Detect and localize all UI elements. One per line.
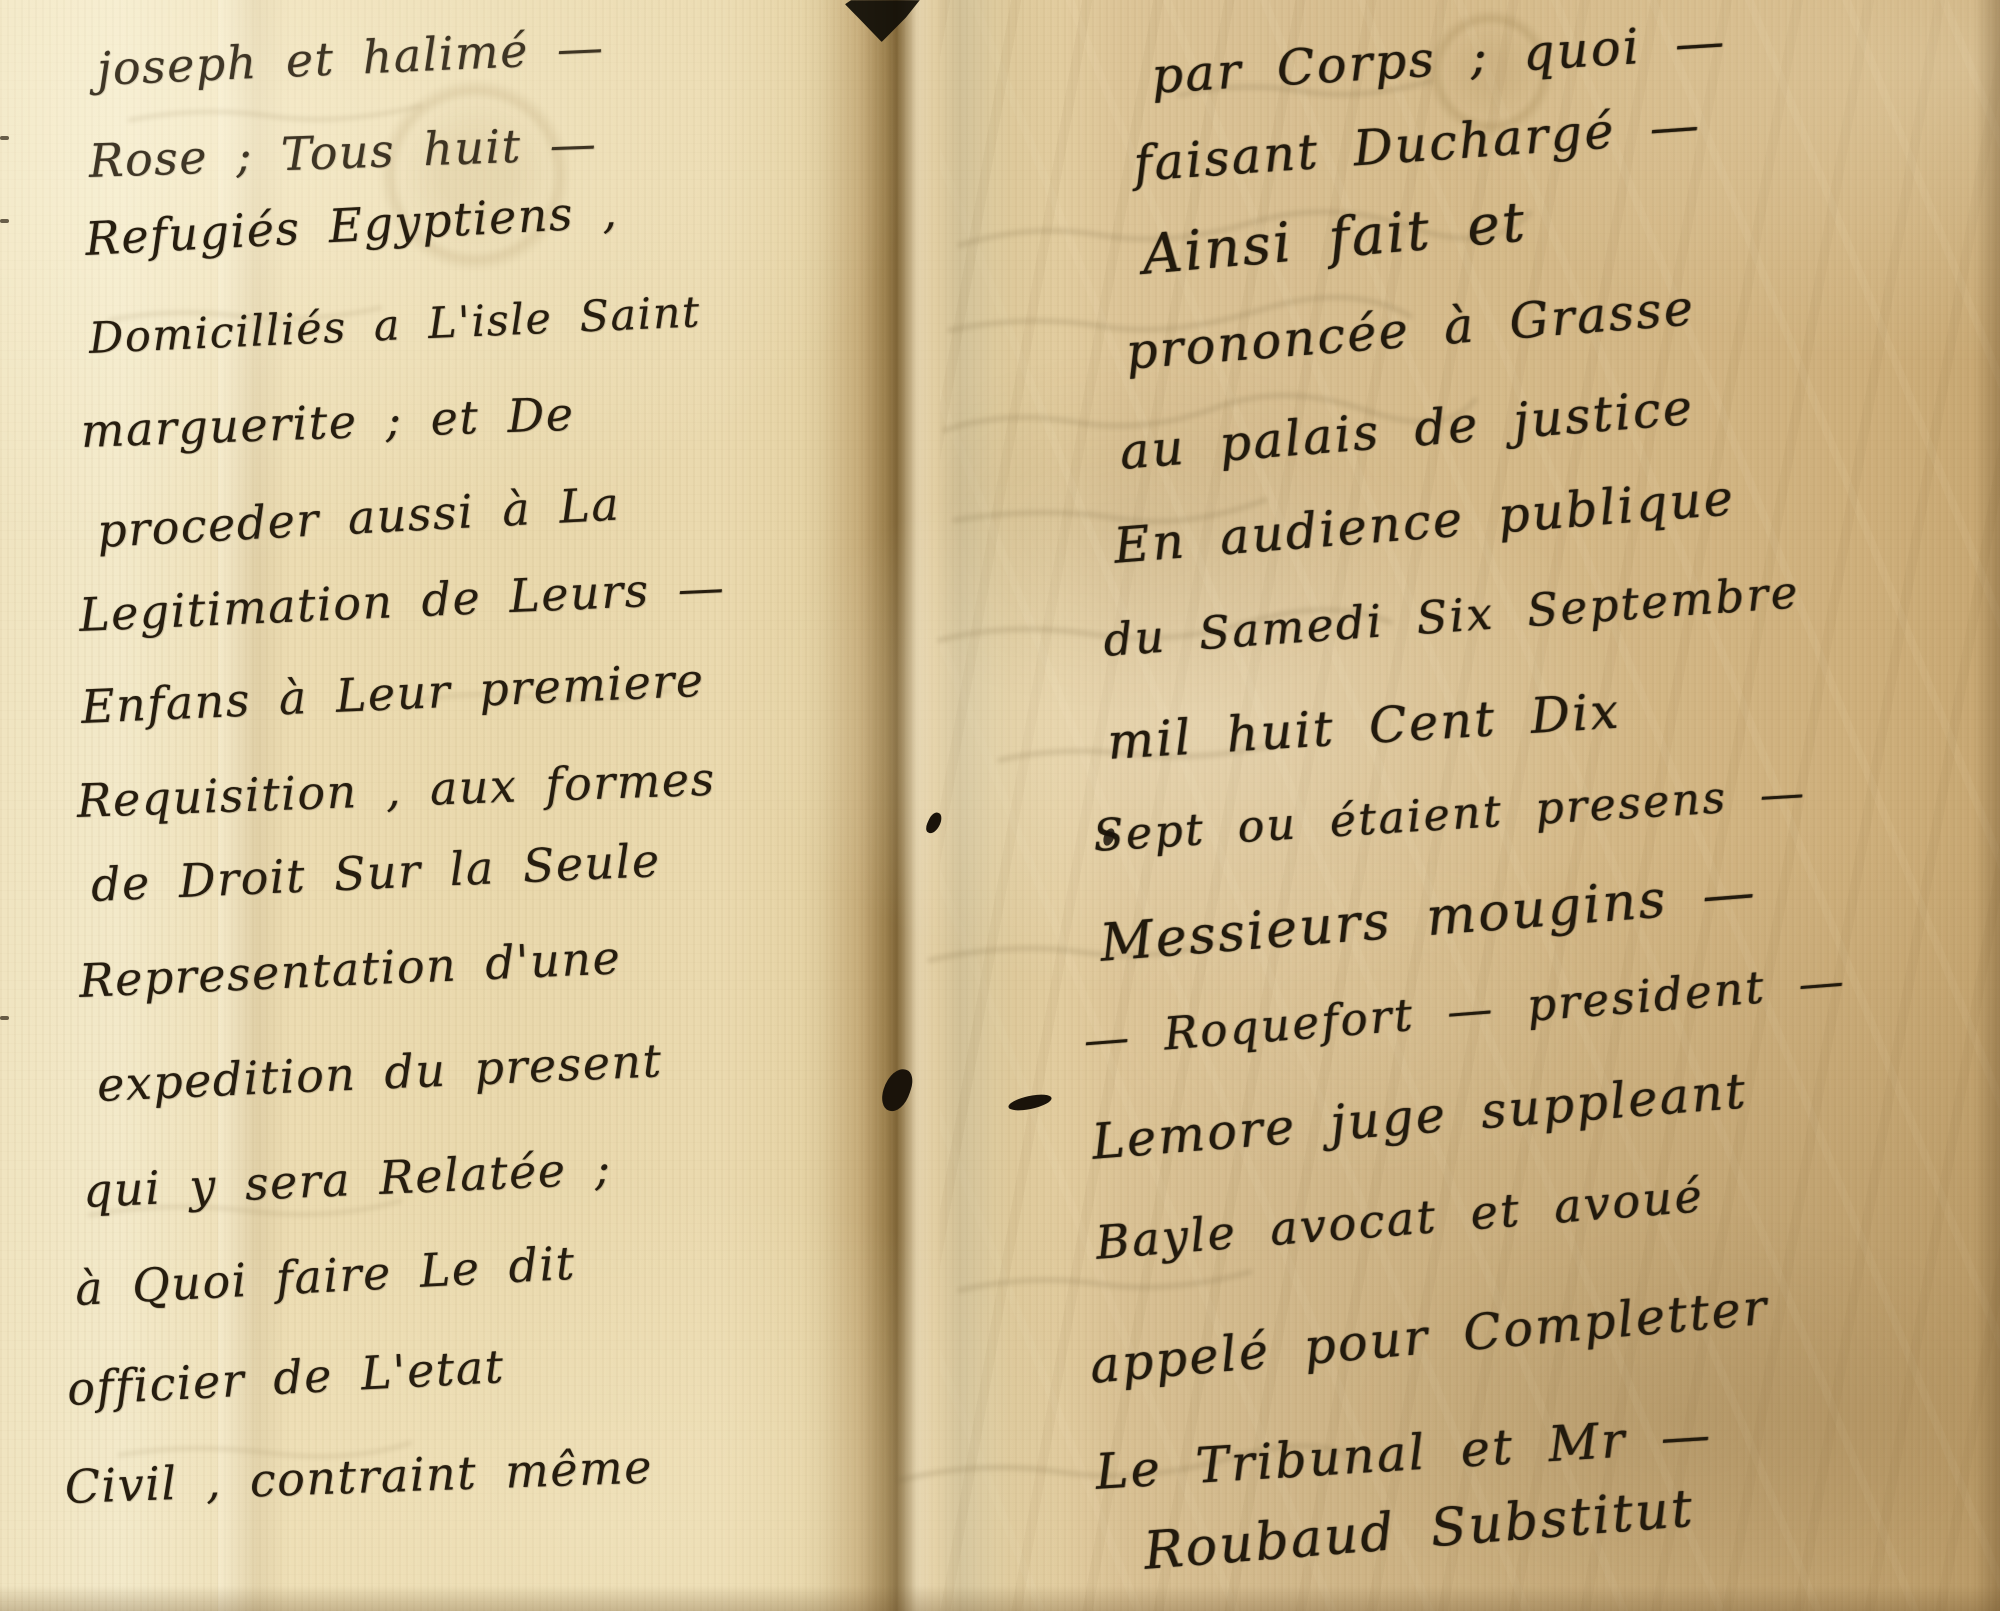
manuscript-line: proceder aussi à La xyxy=(96,481,621,554)
manuscript-line: — Roquefort — president — xyxy=(1082,958,1848,1063)
manuscript-line: Messieurs mougins — xyxy=(1098,866,1759,970)
manuscript-line: Lemore juge suppleant xyxy=(1090,1066,1749,1166)
manuscript-line: Ainsi fait et xyxy=(1140,194,1529,282)
manuscript-line: Rose ; Tous huit — xyxy=(88,120,598,184)
manuscript-line: prononcée à Grasse xyxy=(1124,283,1697,377)
manuscript-line: qui y sera Relatée ; xyxy=(82,1145,612,1214)
page-edge-shadow xyxy=(1974,0,2000,1611)
manuscript-line: officier de L'etat xyxy=(66,1343,506,1412)
manuscript-line: Enfans à Leur premiere xyxy=(80,657,705,730)
ink-blot xyxy=(924,811,944,836)
ink-blot xyxy=(878,1065,916,1115)
manuscript-line: de Droit Sur la Seule xyxy=(90,837,661,908)
ink-blot xyxy=(0,1016,9,1020)
center-fold-shadow xyxy=(800,0,1060,1611)
ink-blot xyxy=(1007,1092,1053,1114)
manuscript-line: En audience publique xyxy=(1112,473,1737,571)
page-edge-shadow xyxy=(0,1585,2000,1611)
manuscript-line: à Quoi faire Le dit xyxy=(74,1240,577,1312)
manuscript-line: Requisition , aux formes xyxy=(76,756,716,824)
manuscript-line: Civil , contraint même xyxy=(64,1443,654,1510)
manuscript-line: mil huit Cent Dix xyxy=(1106,687,1622,767)
manuscript-line: joseph et halimé — xyxy=(96,24,605,92)
manuscript-line: du Samedi Six Septembre xyxy=(1102,569,1801,663)
manuscript-line: Representation d'une xyxy=(78,934,622,1004)
manuscript-line: Roubaud Substitut xyxy=(1142,1483,1696,1578)
manuscript-line: Bayle avocat et avoué xyxy=(1094,1172,1706,1266)
ink-blot xyxy=(0,136,9,140)
manuscript-line: appelé pour Completter xyxy=(1088,1283,1771,1391)
manuscript-line: Domicilliés a L'isle Saint xyxy=(88,291,702,361)
manuscript-line: Sept ou étaient presens — xyxy=(1092,771,1808,859)
manuscript-line: par Corps ; quoi — xyxy=(1150,17,1728,101)
manuscript-line: au palais de justice xyxy=(1118,383,1696,477)
manuscript-line: marguerite ; et De xyxy=(80,391,575,454)
ink-blot xyxy=(0,219,9,223)
manuscript-line: expedition du present xyxy=(96,1037,663,1108)
manuscript-scan: joseph et halimé — Rose ; Tous huit — Re… xyxy=(0,0,2000,1611)
manuscript-line: Refugiés Egyptiens , xyxy=(84,188,619,262)
manuscript-line: Legitimation de Leurs — xyxy=(78,564,726,638)
fold-notch-shadow xyxy=(845,0,923,42)
manuscript-line: faisant Duchargé — xyxy=(1132,100,1703,189)
